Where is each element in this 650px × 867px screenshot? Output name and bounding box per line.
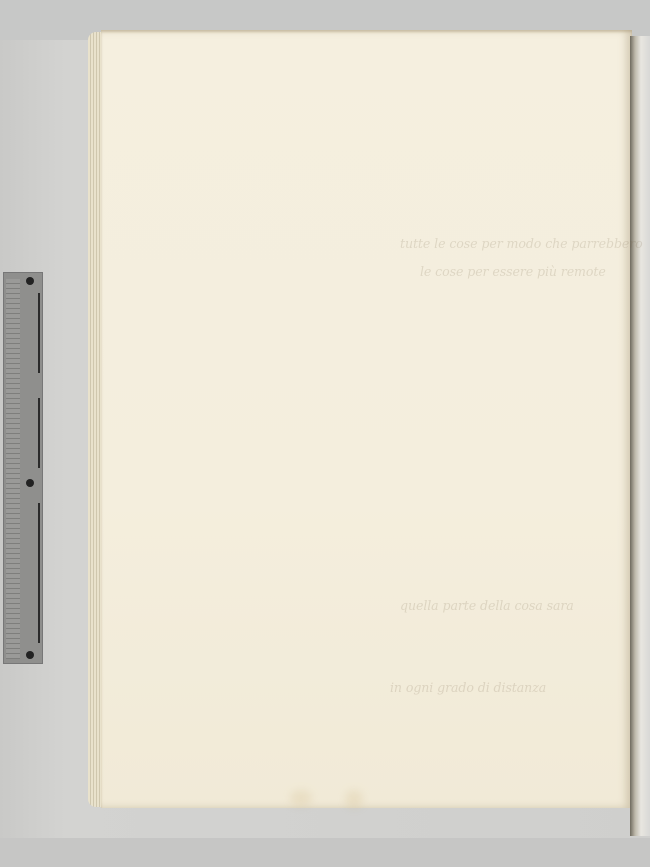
- color-calibration-target: [3, 272, 43, 664]
- target-bar: [38, 503, 40, 643]
- paper-stain: [345, 790, 363, 808]
- bleed-through-text: quella parte della cosa sara: [400, 598, 574, 613]
- bleed-through-text: le cose per essere più remote: [420, 264, 606, 279]
- target-hole-middle: [26, 479, 34, 487]
- bleed-through-text: in ogni grado di distanza: [390, 680, 546, 695]
- target-hole-top: [26, 277, 34, 285]
- manuscript-page: [101, 30, 632, 808]
- background-bottom: [0, 838, 650, 867]
- ruler-scale: [6, 279, 20, 659]
- target-bar: [38, 398, 40, 468]
- target-bar: [38, 293, 40, 373]
- facing-page-edge: [630, 36, 650, 836]
- target-hole-bottom: [26, 651, 34, 659]
- paper-stain: [290, 790, 312, 806]
- bleed-through-text: tutte le cose per modo che parrebbero: [400, 236, 643, 251]
